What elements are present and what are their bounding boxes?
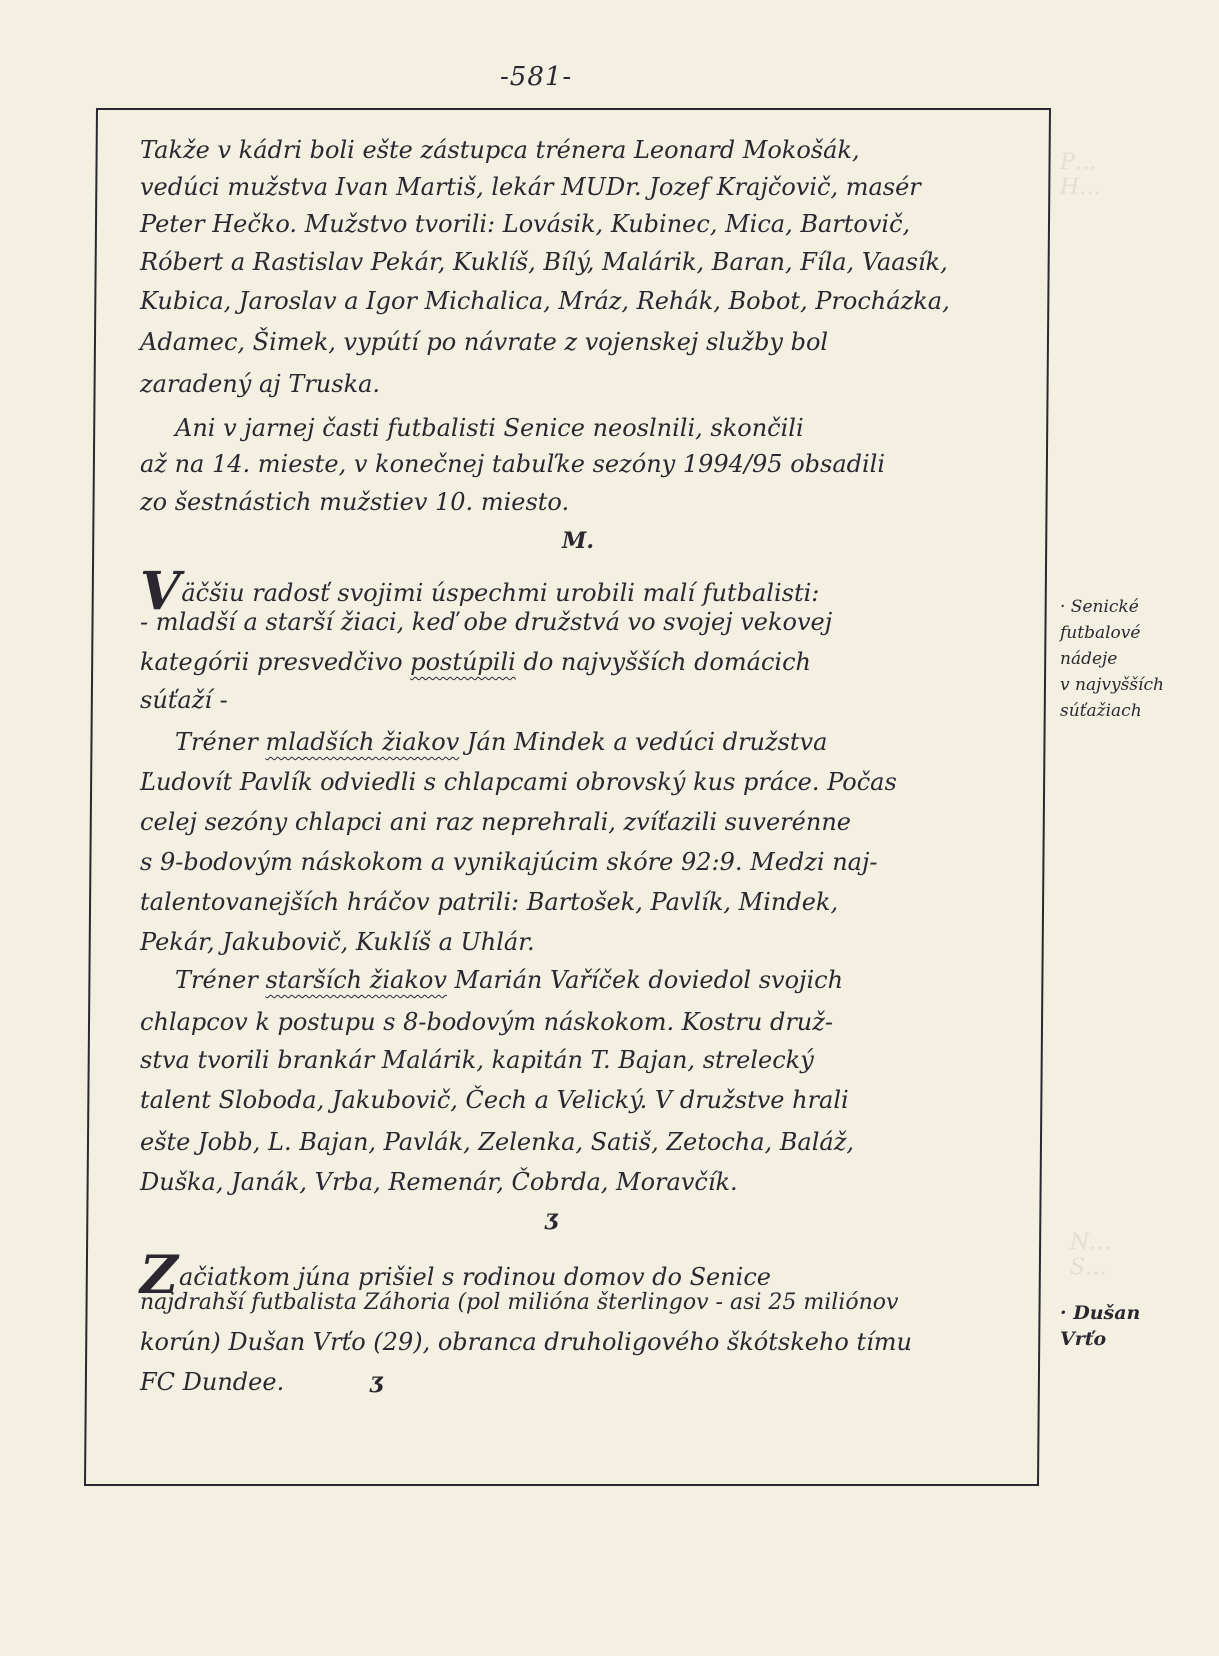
text-line: zo šestnástich mužstiev 10. miesto. [140,490,569,514]
text-line: FC Dundee. [140,1370,284,1394]
text-line: stva tvorili brankár Malárik, kapitán T.… [140,1048,814,1072]
text-line: talent Sloboda, Jakubovič, Čech a Velick… [140,1088,849,1112]
text-line: Róbert a Rastislav Pekár, Kuklíš, Bílý, … [140,250,948,274]
text-line: Tréner starších žiakov Marián Vaříček do… [175,968,843,992]
text-line: s 9-bodovým náskokom a vynikajúcim skóre… [140,850,878,874]
text-line: Duška, Janák, Vrba, Remenár, Čobrda, Mor… [140,1170,738,1194]
text-line: korún) Dušan Vrťo (29), obranca druholig… [140,1330,912,1354]
text-line: talentovanejších hráčov patrili: Bartoše… [140,890,838,914]
text-line: Ani v jarnej časti futbalisti Senice neo… [175,416,804,440]
underlined-term: mladších žiakov [265,728,459,756]
text-line: - mladší a starší žiaci, keď obe družstv… [140,610,832,634]
text-line: súťaží - [140,688,228,712]
bleed-through-text: N…S… [1070,1230,1111,1280]
text-line: ešte Jobb, L. Bajan, Pavlák, Zelenka, Sa… [140,1130,854,1154]
text-line: najdrahší futbalista Záhoria (pol milión… [140,1292,898,1314]
text-line: vedúci mužstva Ivan Martiš, lekár MUDr. … [140,175,921,199]
text-line: Tréner mladších žiakov Ján Mindek a vedú… [175,730,827,754]
text-line: Kubica, Jaroslav a Igor Michalica, Mráz,… [140,289,950,313]
section-divider-mark: M. [562,528,594,554]
text-line: Takže v kádri boli ešte zástupca trénera… [140,138,860,162]
text-line: chlapcov k postupu s 8-bodovým náskokom.… [140,1010,833,1034]
text-line: až na 14. mieste, v konečnej tabuľke sez… [140,452,885,476]
underlined-term: starších žiakov [265,966,446,994]
section-divider-mark: ʒ [370,1368,383,1394]
page-number: -581- [500,62,572,92]
text-line: Adamec, Šimek, vypútí po návrate z vojen… [140,330,828,354]
text-line: kategórii presvedčivo postúpili do najvy… [140,650,811,674]
text-line: Pekár, Jakubovič, Kuklíš a Uhlár. [140,930,535,954]
section-divider-mark: ʒ [545,1205,558,1231]
text-line: Ľudovít Pavlík odviedli s chlapcami obro… [140,770,897,794]
margin-note-dusan-vrto: · Dušan Vrťo [1060,1300,1140,1352]
text-line: celej sezóny chlapci ani raz neprehrali,… [140,810,851,834]
text-line: zaradený aj Truska. [140,372,380,396]
text-line: Peter Hečko. Mužstvo tvorili: Lovásik, K… [140,212,910,236]
underlined-term: postúpili [410,648,516,676]
margin-note-youth-football: · Senické futbalové nádeje v najvyšších … [1060,594,1164,724]
bleed-through-text: P…H… [1060,150,1101,200]
